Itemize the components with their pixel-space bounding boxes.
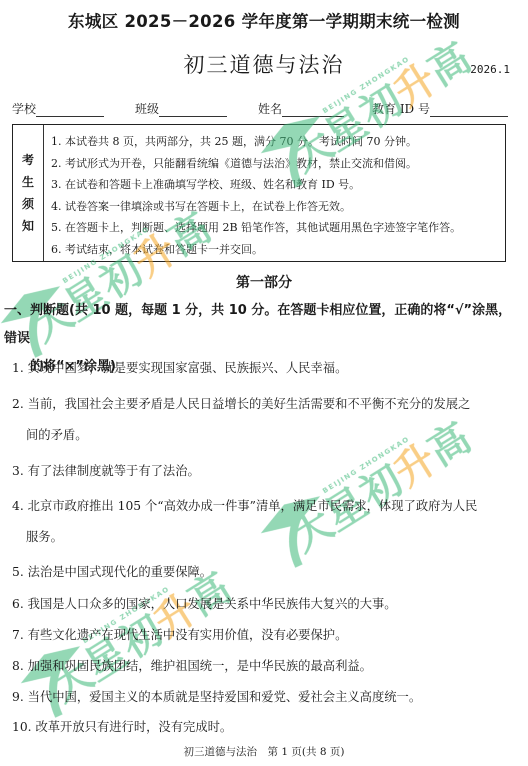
question-item: 9. 当代中国，爱国主义的本质就是坚持爱国和爱党、爱社会主义高度统一。 bbox=[12, 689, 421, 705]
question-item: 5. 法治是中国式现代化的重要保障。 bbox=[12, 564, 212, 580]
education-id-field[interactable]: 教育 ID 号 bbox=[372, 100, 508, 117]
section-heading-line1: 一、判断题(共 10 题，每题 1 分，共 10 分。在答题卡相应位置，正确的将… bbox=[4, 303, 511, 346]
exam-title: 东城区 2025－2026 学年度第一学期期末统一检测 bbox=[0, 8, 528, 32]
question-text: 5. 法治是中国式现代化的重要保障。 bbox=[12, 565, 212, 579]
svg-text:BEIJING ZHONGKAO: BEIJING ZHONGKAO bbox=[321, 435, 411, 495]
question-text: 10. 改革开放只有进行时，没有完成时。 bbox=[12, 720, 232, 734]
question-item: 8. 加强和巩固民族团结，维护祖国统一，是中华民族的最高利益。 bbox=[12, 658, 372, 674]
class-input-line[interactable] bbox=[159, 102, 227, 117]
class-label: 班级 bbox=[135, 100, 159, 117]
question-item: 6. 我国是人口众多的国家，人口发展是关系中华民族伟大复兴的大事。 bbox=[12, 596, 397, 612]
part-title: 第一部分 bbox=[0, 272, 528, 292]
name-label: 姓名 bbox=[258, 100, 282, 117]
notice-item: 5. 在答题卡上，判断题、选择题用 2B 铅笔作答，其他试题用黑色字迹签字笔作答… bbox=[51, 217, 461, 239]
notice-item: 2. 考试形式为开卷，只能翻看统编《道德与法治》教材，禁止交流和借阅。 bbox=[51, 153, 461, 175]
notice-side-char: 考 bbox=[22, 149, 34, 171]
question-text-continued: 间的矛盾。 bbox=[12, 427, 470, 443]
notice-item: 1. 本试卷共 8 页，共两部分，共 25 题，满分 70 分。考试时间 70 … bbox=[51, 131, 461, 153]
student-info-fields: 学校 班级 姓名 教育 ID 号 bbox=[12, 100, 508, 120]
question-text: 2. 当前，我国社会主要矛盾是人民日益增长的美好生活需要和不平衡不充分的发展之 bbox=[12, 397, 470, 411]
question-text: 1. 实现中国梦，就是要实现国家富强、民族振兴、人民幸福。 bbox=[12, 361, 347, 375]
notice-item: 3. 在试卷和答题卡上准确填写学校、班级、姓名和教育 ID 号。 bbox=[51, 174, 461, 196]
name-field[interactable]: 姓名 bbox=[258, 100, 344, 117]
notice-list: 1. 本试卷共 8 页，共两部分，共 25 题，满分 70 分。考试时间 70 … bbox=[51, 131, 461, 261]
exam-date: 2026.1 bbox=[470, 63, 510, 76]
notice-item: 4. 试卷答案一律填涂或书写在答题卡上，在试卷上作答无效。 bbox=[51, 196, 461, 218]
question-item: 4. 北京市政府推出 105 个“高效办成一件事”清单，满足市民需求，体现了政府… bbox=[12, 498, 477, 545]
education-id-input-line[interactable] bbox=[430, 102, 508, 117]
school-label: 学校 bbox=[12, 100, 36, 117]
question-item: 3. 有了法律制度就等于有了法治。 bbox=[12, 463, 200, 479]
question-item: 2. 当前，我国社会主要矛盾是人民日益增长的美好生活需要和不平衡不充分的发展之 … bbox=[12, 396, 470, 443]
question-text: 9. 当代中国，爱国主义的本质就是坚持爱国和爱党、爱社会主义高度统一。 bbox=[12, 690, 421, 704]
notice-side-label: 考 生 须 知 bbox=[13, 125, 44, 261]
svg-text:升: 升 bbox=[387, 436, 445, 496]
name-input-line[interactable] bbox=[282, 102, 344, 117]
subject-title: 初三道德与法治 bbox=[0, 49, 528, 79]
question-text: 3. 有了法律制度就等于有了法治。 bbox=[12, 464, 200, 478]
notice-item: 6. 考试结束，将本试卷和答题卡一并交回。 bbox=[51, 239, 461, 261]
question-item: 1. 实现中国梦，就是要实现国家富强、民族振兴、人民幸福。 bbox=[12, 360, 347, 376]
education-id-label: 教育 ID 号 bbox=[372, 100, 430, 117]
school-field[interactable]: 学校 bbox=[12, 100, 104, 117]
page-footer: 初三道德与法治 第 1 页(共 8 页) bbox=[0, 744, 528, 759]
class-field[interactable]: 班级 bbox=[135, 100, 227, 117]
school-input-line[interactable] bbox=[36, 102, 104, 117]
question-item: 7. 有些文化遗产在现代生活中没有实用价值，没有必要保护。 bbox=[12, 627, 347, 643]
notice-side-char: 知 bbox=[22, 215, 34, 237]
question-text-continued: 服务。 bbox=[12, 529, 477, 545]
question-text: 7. 有些文化遗产在现代生活中没有实用价值，没有必要保护。 bbox=[12, 628, 347, 642]
exam-notice-box: 考 生 须 知 1. 本试卷共 8 页，共两部分，共 25 题，满分 70 分。… bbox=[12, 124, 506, 262]
notice-side-char: 须 bbox=[22, 193, 34, 215]
question-item: 10. 改革开放只有进行时，没有完成时。 bbox=[12, 719, 232, 735]
notice-side-char: 生 bbox=[22, 171, 34, 193]
question-text: 8. 加强和巩固民族团结，维护祖国统一，是中华民族的最高利益。 bbox=[12, 659, 372, 673]
question-text: 6. 我国是人口众多的国家，人口发展是关系中华民族伟大复兴的大事。 bbox=[12, 597, 397, 611]
question-text: 4. 北京市政府推出 105 个“高效办成一件事”清单，满足市民需求，体现了政府… bbox=[12, 499, 477, 513]
